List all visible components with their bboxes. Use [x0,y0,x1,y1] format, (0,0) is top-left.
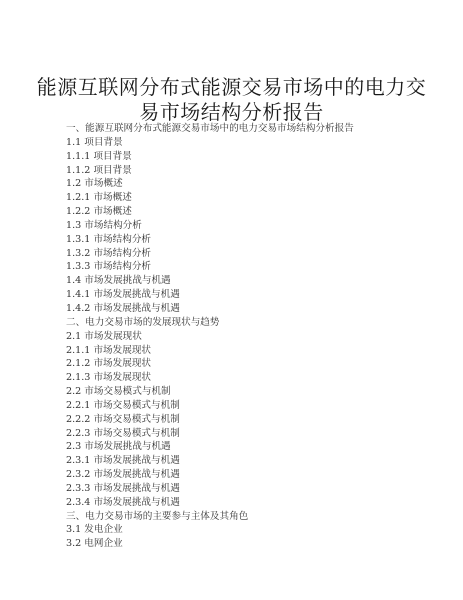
toc-entry: 1.2.2 市场概述 [66,205,354,219]
toc-entry: 1.4.1 市场发展挑战与机遇 [66,288,354,302]
table-of-contents: 一、能源互联网分布式能源交易市场中的电力交易市场结构分析报告 1.1 项目背景 … [66,122,354,551]
toc-entry: 2.3.1 市场发展挑战与机遇 [66,454,354,468]
toc-entry: 三、电力交易市场的主要参与主体及其角色 [66,510,354,524]
toc-entry: 2.1.1 市场发展现状 [66,344,354,358]
toc-entry: 2.1 市场发展现状 [66,330,354,344]
toc-entry: 1.2 市场概述 [66,177,354,191]
toc-entry: 1.1.2 项目背景 [66,164,354,178]
toc-entry: 2.2 市场交易模式与机制 [66,385,354,399]
toc-entry: 2.1.3 市场发展现状 [66,371,354,385]
toc-entry: 1.3.1 市场结构分析 [66,233,354,247]
toc-entry: 2.3.4 市场发展挑战与机遇 [66,496,354,510]
toc-entry: 1.3.3 市场结构分析 [66,260,354,274]
toc-entry: 2.3.2 市场发展挑战与机遇 [66,468,354,482]
toc-entry: 3.1 发电企业 [66,523,354,537]
toc-entry: 一、能源互联网分布式能源交易市场中的电力交易市场结构分析报告 [66,122,354,136]
document-title-line-2: 易市场结构分析报告 [0,96,463,125]
toc-entry: 3.2 电网企业 [66,537,354,551]
toc-entry: 2.2.1 市场交易模式与机制 [66,399,354,413]
toc-entry: 1.2.1 市场概述 [66,191,354,205]
toc-entry: 1.3.2 市场结构分析 [66,247,354,261]
toc-entry: 1.1 项目背景 [66,136,354,150]
toc-entry: 1.4 市场发展挑战与机遇 [66,274,354,288]
toc-entry: 1.4.2 市场发展挑战与机遇 [66,302,354,316]
toc-entry: 2.2.2 市场交易模式与机制 [66,413,354,427]
toc-entry: 二、电力交易市场的发展现状与趋势 [66,316,354,330]
document-page: 能源互联网分布式能源交易市场中的电力交 易市场结构分析报告 一、能源互联网分布式… [0,0,463,600]
toc-entry: 2.2.3 市场交易模式与机制 [66,427,354,441]
toc-entry: 1.3 市场结构分析 [66,219,354,233]
toc-entry: 2.3 市场发展挑战与机遇 [66,440,354,454]
toc-entry: 2.3.3 市场发展挑战与机遇 [66,482,354,496]
toc-entry: 2.1.2 市场发展现状 [66,357,354,371]
toc-entry: 1.1.1 项目背景 [66,150,354,164]
